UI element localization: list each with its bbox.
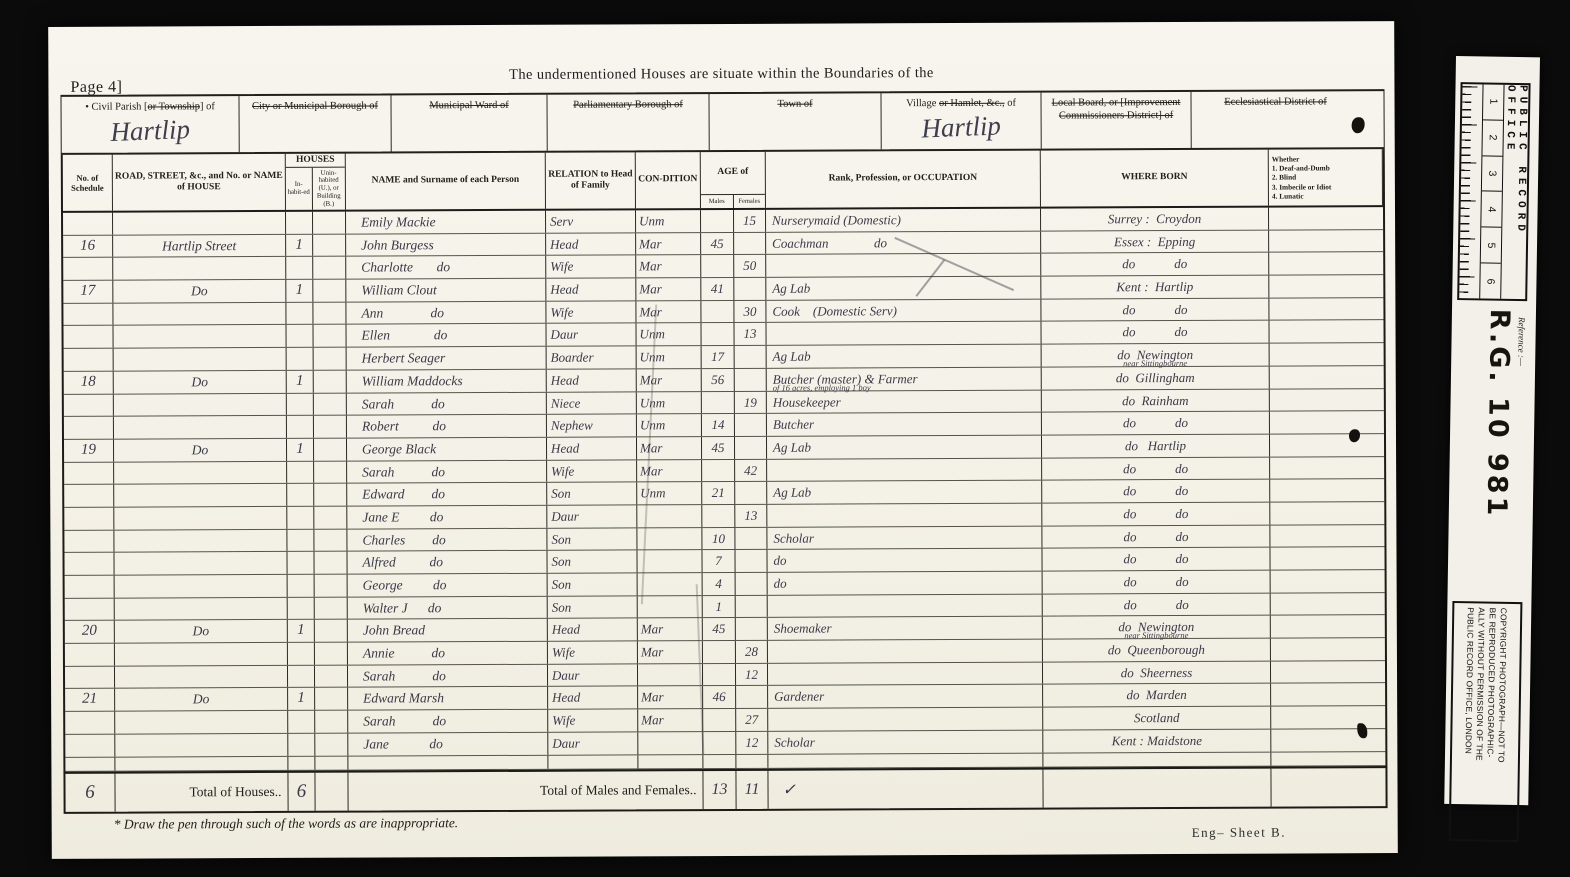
cell-inhabited xyxy=(287,552,314,574)
boundary-field: City or Municipal Borough of xyxy=(239,95,391,152)
cell-born: do Sheerness xyxy=(1043,661,1271,684)
totals-females-cell: 11 xyxy=(736,771,768,809)
cell-relation: Son xyxy=(548,596,638,618)
cell-disability xyxy=(1271,638,1385,660)
total-houses-handwritten-left: 6 xyxy=(65,782,114,804)
cell-name: William Maddocks xyxy=(347,370,547,393)
cell-relation: Son xyxy=(547,528,637,550)
cell-born: do Rainham xyxy=(1042,389,1270,412)
cell-disability xyxy=(1270,479,1384,501)
cell-schedule xyxy=(65,712,115,734)
cell-age_m: 1 xyxy=(703,596,736,618)
houses-group-label: HOUSES xyxy=(286,154,345,169)
cell-age_f xyxy=(736,686,768,708)
cell-schedule: 21 xyxy=(65,689,115,711)
cell-inhabited xyxy=(287,484,314,506)
cell-uninhabited xyxy=(314,529,347,551)
cell-age_m: 41 xyxy=(701,278,734,300)
cell-inhabited xyxy=(288,643,315,665)
totals-inhabited-cell: 6 xyxy=(288,773,315,811)
cell-schedule xyxy=(65,644,115,666)
cell-born: do do xyxy=(1042,548,1270,571)
cell-occupation: do xyxy=(767,549,1042,572)
cell-uninhabited xyxy=(314,348,347,370)
age-group-label: AGE of xyxy=(701,152,765,194)
cell-relation: Son xyxy=(548,573,638,595)
cell-occupation: Ag Lab xyxy=(767,435,1042,458)
cell-relation: Boarder xyxy=(547,347,637,369)
cell-schedule: 16 xyxy=(63,235,113,257)
cell-schedule: 18 xyxy=(64,371,114,393)
cell-relation: Son xyxy=(547,483,637,505)
cell-age_m xyxy=(701,323,734,345)
cell-uninhabited xyxy=(315,711,348,733)
cell-condition xyxy=(638,664,703,686)
cell-road xyxy=(114,552,287,574)
cell-disability xyxy=(1270,389,1384,411)
cell-inhabited xyxy=(286,212,313,234)
cell-relation: Serv xyxy=(546,210,636,232)
cell-disability xyxy=(1271,661,1385,683)
cell-condition: Unm xyxy=(636,324,701,346)
cell-road xyxy=(115,666,288,688)
cell-name: Alfred do xyxy=(347,551,547,574)
ruler-number: 1 xyxy=(1483,84,1504,120)
cell-name: Charles do xyxy=(347,528,547,551)
cell-name: George do xyxy=(348,574,548,597)
boundary-field-label: Local Board, or [Improvement Commissione… xyxy=(1048,96,1185,123)
cell-road xyxy=(115,575,288,597)
cell-inhabited xyxy=(287,529,314,551)
cell-occupation: Ag Lab xyxy=(766,277,1041,300)
cell-occupation xyxy=(768,640,1043,663)
cell-road: Do xyxy=(114,439,287,461)
cell-age_f xyxy=(735,346,767,368)
cell-relation: Head xyxy=(546,233,636,255)
cell-age_f xyxy=(735,414,767,436)
col-header-disability: Whether1. Deaf-and-Dumb2. Blind3. Imbeci… xyxy=(1269,149,1383,205)
cell-road: Do xyxy=(113,280,286,302)
total-houses-value: 6 xyxy=(288,781,314,803)
cell-relation: Wife xyxy=(548,709,638,731)
ruler-number: 4 xyxy=(1481,192,1502,228)
cell-born: Essex : Epping xyxy=(1041,230,1269,253)
total-females-value: 11 xyxy=(736,781,767,799)
public-record-office-label: PUBLIC RECORD OFFICE xyxy=(1501,85,1528,299)
cell-schedule xyxy=(65,666,115,688)
cell-relation: Wife xyxy=(546,256,636,278)
cell-disability xyxy=(1269,207,1383,229)
cell-condition: Unm xyxy=(636,210,701,232)
cell-road xyxy=(114,507,287,529)
cell-born: Kent : Hartlip xyxy=(1041,276,1269,299)
cell-age_m xyxy=(701,301,734,323)
cell-age_m xyxy=(703,732,736,754)
cell-name: Ellen do xyxy=(346,324,546,347)
cell-age_f xyxy=(735,369,767,391)
cell-disability xyxy=(1271,570,1385,592)
cell-uninhabited xyxy=(313,302,346,324)
cell-inhabited: 1 xyxy=(286,280,313,302)
cell-relation: Head xyxy=(547,369,637,391)
cell-age_m: 21 xyxy=(702,482,735,504)
boundary-field: Town of xyxy=(709,93,881,150)
cell-disability xyxy=(1269,230,1383,252)
cell-relation: Head xyxy=(548,687,638,709)
cell-born: do Newingtonnear Sittingbourne xyxy=(1043,616,1271,639)
cell-inhabited xyxy=(288,575,315,597)
cell-age_m: 17 xyxy=(702,346,735,368)
cell-schedule xyxy=(64,417,114,439)
cell-age_m xyxy=(701,210,734,232)
cell-uninhabited xyxy=(315,665,348,687)
record-office-box: 123456 PUBLIC RECORD OFFICE xyxy=(1457,82,1530,301)
cell-disability xyxy=(1271,593,1385,615)
cell-age_f xyxy=(736,618,768,640)
cell-schedule xyxy=(64,530,114,552)
cell-uninhabited xyxy=(313,280,346,302)
cell-relation: Son xyxy=(547,551,637,573)
cell-disability xyxy=(1270,366,1384,388)
cell-name: John Burgess xyxy=(346,233,546,256)
cell-uninhabited xyxy=(315,733,348,755)
cell-age_f: 12 xyxy=(736,664,768,686)
cell-age_f: 19 xyxy=(735,391,767,413)
cell-uninhabited xyxy=(313,257,346,279)
cell-schedule xyxy=(65,598,115,620)
cell-name: William Clout xyxy=(346,279,546,302)
col-header-condition: CON-DITION xyxy=(636,152,701,208)
cell-uninhabited xyxy=(314,507,347,529)
cell-road xyxy=(115,734,288,756)
cell-uninhabited xyxy=(314,461,347,483)
cell-road xyxy=(113,325,286,347)
reference-number: R.G. 10 981 xyxy=(1480,308,1515,588)
totals-disability-cell xyxy=(1271,768,1385,806)
reference-label: Reference :— xyxy=(1513,309,1527,589)
cell-schedule: 17 xyxy=(63,281,113,303)
col-header-houses: HOUSESIn-habit-edUnin-habited (U.), or B… xyxy=(286,154,346,210)
cell-inhabited: 1 xyxy=(288,620,315,642)
cell-relation: Daur xyxy=(548,732,638,754)
cell-uninhabited xyxy=(313,234,346,256)
col-header-road: ROAD, STREET, &c., and No. or NAME of HO… xyxy=(113,154,286,211)
cell-uninhabited xyxy=(315,620,348,642)
col-header-relation: RELATION to Head of Family xyxy=(546,152,636,208)
cell-relation: Daur xyxy=(547,505,637,527)
cell-born: do Newingtonnear Sittingbourne xyxy=(1042,344,1270,367)
cell-born: do do xyxy=(1042,503,1270,526)
cell-age_m: 46 xyxy=(703,686,736,708)
cell-uninhabited xyxy=(314,416,347,438)
cell-disability xyxy=(1269,275,1383,297)
cell-condition: Unm xyxy=(637,392,702,414)
ruler-number: 2 xyxy=(1482,120,1503,156)
cell-road: Do xyxy=(114,371,287,393)
cell-disability xyxy=(1270,434,1384,456)
col-header-age: AGE ofMalesFemales xyxy=(701,152,766,208)
totals-mf-label-cell: Total of Males and Females.. xyxy=(348,771,703,811)
cell-condition: Mar xyxy=(636,255,701,277)
boundary-field: Local Board, or [Improvement Commissione… xyxy=(1041,92,1191,149)
cell-age_f: 15 xyxy=(734,210,766,232)
cell-name: Edward Marsh xyxy=(348,687,548,710)
table-body: Emily MackieServUnm15Nurserymaid (Domest… xyxy=(63,207,1385,771)
census-table: No. of ScheduleROAD, STREET, &c., and No… xyxy=(61,149,1388,772)
cell-occupation: Scholar xyxy=(768,730,1043,753)
cell-disability xyxy=(1271,729,1385,751)
cell-born: do Gillingham xyxy=(1042,366,1270,389)
cell-disability xyxy=(1269,298,1383,320)
cell-relation: Daur xyxy=(548,664,638,686)
col-header-occupation: Rank, Profession, or OCCUPATION xyxy=(766,151,1041,208)
cell-condition xyxy=(637,550,702,572)
cell-schedule xyxy=(64,462,114,484)
cell-schedule: 20 xyxy=(65,621,115,643)
cell-uninhabited xyxy=(315,643,348,665)
cell-inhabited xyxy=(287,393,314,415)
col-header-born: WHERE BORN xyxy=(1041,150,1269,207)
cell-relation: Daur xyxy=(546,324,636,346)
cell-age_f xyxy=(734,232,766,254)
cell-condition: Mar xyxy=(638,687,703,709)
census-row: 20Do1John BreadHeadMar45Shoemakerdo Newi… xyxy=(65,615,1385,643)
cell-schedule xyxy=(63,326,113,348)
cell-name: Walter J do xyxy=(348,596,548,619)
cell-age_f xyxy=(735,550,767,572)
cell-age_m xyxy=(701,255,734,277)
cell-age_f xyxy=(734,278,766,300)
boundary-field: Village or Hamlet, &c., ofHartlip xyxy=(881,93,1041,150)
cell-relation: Head xyxy=(546,278,636,300)
cell-born: Kent : Maidstone xyxy=(1043,729,1271,752)
cell-road xyxy=(113,212,286,234)
cell-schedule xyxy=(64,485,114,507)
cell-born: do Queenborough xyxy=(1043,639,1271,662)
cell-name: Sarah do xyxy=(348,665,548,688)
cell-disability xyxy=(1270,502,1384,524)
cell-occupation xyxy=(767,504,1042,527)
cell-inhabited xyxy=(286,325,313,347)
ink-blot xyxy=(1357,723,1367,738)
cell-age_m: 4 xyxy=(703,573,736,595)
ruler-number: 3 xyxy=(1482,156,1503,192)
cell-age_f xyxy=(735,527,767,549)
cell-occupation: Cook (Domestic Serv) xyxy=(766,299,1041,322)
cell-condition xyxy=(638,596,703,618)
cell-uninhabited xyxy=(314,484,347,506)
cell-schedule xyxy=(63,303,113,325)
cell-condition: Mar xyxy=(638,618,703,640)
cell-age_f: 28 xyxy=(736,641,768,663)
boundary-field-value: Hartlip xyxy=(881,108,1041,148)
cell-occupation xyxy=(766,254,1041,277)
col-header-males: Males xyxy=(701,195,734,208)
cell-schedule xyxy=(65,576,115,598)
cell-schedule xyxy=(63,213,113,235)
cell-condition: Mar xyxy=(638,709,703,731)
cell-age_f xyxy=(736,573,768,595)
cell-born: do do xyxy=(1041,253,1269,276)
cell-schedule xyxy=(63,258,113,280)
boundary-field: Municipal Ward of xyxy=(391,95,547,152)
ruler-number: 5 xyxy=(1481,228,1502,264)
cell-occupation xyxy=(767,458,1042,481)
cell-born: Surrey : Croydon xyxy=(1041,208,1269,231)
cell-disability xyxy=(1269,321,1383,343)
cell-born: do do xyxy=(1042,412,1270,435)
cell-age_m xyxy=(703,709,736,731)
cell-occupation xyxy=(768,594,1043,617)
cell-born: Scotland xyxy=(1043,707,1271,730)
col-header-schedule: No. of Schedule xyxy=(63,155,113,211)
cell-road: Do xyxy=(115,688,288,710)
cell-road xyxy=(115,598,288,620)
cell-inhabited xyxy=(288,666,315,688)
cell-name: Edward do xyxy=(347,483,547,506)
boundary-field-value: Hartlip xyxy=(61,111,239,152)
cell-age_f: 50 xyxy=(734,255,766,277)
archive-reference-strip: 123456 PUBLIC RECORD OFFICE Reference :—… xyxy=(1444,56,1540,805)
cell-disability xyxy=(1270,457,1384,479)
cell-inhabited: 1 xyxy=(287,439,314,461)
cell-name: Annie do xyxy=(348,642,548,665)
cell-born: do do xyxy=(1042,525,1270,548)
cell-inhabited: 1 xyxy=(288,688,315,710)
cell-relation: Wife xyxy=(547,460,637,482)
col-header-females: Females xyxy=(733,195,765,208)
cell-road xyxy=(114,530,287,552)
cell-born: do Marden xyxy=(1043,684,1271,707)
ruler-scale xyxy=(1459,84,1483,298)
total-males-females-label: Total of Males and Females.. xyxy=(348,782,702,800)
census-page-scan: Page 4] The undermentioned Houses are si… xyxy=(48,21,1398,859)
cell-age_f: 30 xyxy=(734,301,766,323)
cell-disability xyxy=(1270,525,1384,547)
cell-inhabited xyxy=(288,711,315,733)
cell-relation: Nephew xyxy=(547,415,637,437)
cell-age_m xyxy=(703,641,736,663)
cell-occupation: Housekeeper xyxy=(767,390,1042,413)
cell-age_m xyxy=(702,460,735,482)
boundary-field: Parliamentary Borough of xyxy=(547,94,709,151)
cell-age_m: 7 xyxy=(702,550,735,572)
cell-condition: Mar xyxy=(638,641,703,663)
cell-disability xyxy=(1270,343,1384,365)
cell-occupation: do xyxy=(768,572,1043,595)
cell-occupation: Scholar xyxy=(767,526,1042,549)
cell-age_f: 12 xyxy=(736,732,768,754)
cell-condition: Mar xyxy=(636,301,701,323)
cell-road xyxy=(114,416,287,438)
boundary-field-label: Municipal Ward of xyxy=(398,99,541,113)
total-of-houses-label: Total of Houses.. xyxy=(115,784,287,801)
totals-born-cell xyxy=(1043,769,1271,808)
cell-disability xyxy=(1271,615,1385,637)
cell-age_m: 14 xyxy=(702,414,735,436)
cell-name: Robert do xyxy=(347,415,547,438)
totals-occupation-cell: ✓ xyxy=(768,770,1043,809)
cell-inhabited xyxy=(287,461,314,483)
cell-age_f: 13 xyxy=(735,505,767,527)
totals-row: 6 Total of Houses.. 6 Total of Males and… xyxy=(63,766,1387,814)
cell-occupation: Nurserymaid (Domestic) xyxy=(766,209,1041,232)
cell-schedule xyxy=(64,508,114,530)
cell-condition: Mar xyxy=(636,278,701,300)
cell-name: John Bread xyxy=(348,619,548,642)
boundary-field: Ecclesiastical District of xyxy=(1191,91,1359,148)
cell-condition xyxy=(638,732,703,754)
cell-condition xyxy=(638,573,703,595)
cell-road xyxy=(113,257,286,279)
cell-age_f xyxy=(735,437,767,459)
table-header-row: No. of ScheduleROAD, STREET, &c., and No… xyxy=(63,149,1383,213)
ruler-number: 6 xyxy=(1480,264,1501,299)
cell-occupation: Ag Lab xyxy=(767,481,1042,504)
form-title: The undermentioned Houses are situate wi… xyxy=(48,63,1394,86)
cell-inhabited xyxy=(287,348,314,370)
cell-age_f: 42 xyxy=(735,459,767,481)
cell-name: Jane E do xyxy=(347,506,547,529)
cell-uninhabited xyxy=(315,597,348,619)
cell-age_f xyxy=(735,482,767,504)
cell-condition: Mar xyxy=(636,233,701,255)
cell-age_m: 10 xyxy=(702,528,735,550)
cell-name: Jane do xyxy=(348,733,548,756)
cell-born: do do xyxy=(1043,593,1271,616)
cell-disability xyxy=(1271,684,1385,706)
cell-inhabited xyxy=(288,597,315,619)
form-footnote: * Draw the pen through such of the words… xyxy=(114,815,459,833)
cell-age_f: 27 xyxy=(736,709,768,731)
cell-name: Sarah do xyxy=(347,460,547,483)
cell-born: do Hartlip xyxy=(1042,434,1270,457)
cell-born: do do xyxy=(1041,298,1269,321)
cell-name: Sarah do xyxy=(347,392,547,415)
cell-schedule xyxy=(64,394,114,416)
cell-disability xyxy=(1270,547,1384,569)
cell-road xyxy=(114,461,287,483)
cell-born: do do xyxy=(1041,321,1269,344)
boundary-fields-band: • Civil Parish [or Township] ofHartlipCi… xyxy=(60,89,1384,155)
cell-disability xyxy=(1269,252,1383,274)
cell-born: do do xyxy=(1042,457,1270,480)
cell-inhabited: 1 xyxy=(287,371,314,393)
copyright-notice: COPYRIGHT PHOTOGRAPH—NOT TOBE REPRODUCED… xyxy=(1449,601,1523,842)
boundary-field-label: Town of xyxy=(716,97,875,111)
reference-section: Reference :— R.G. 10 981 xyxy=(1453,308,1527,589)
cell-occupation: Ag Lab xyxy=(767,345,1042,368)
cell-age_m: 45 xyxy=(703,618,736,640)
boundary-field-label: Parliamentary Borough of xyxy=(554,98,703,112)
cell-condition: Unm xyxy=(637,346,702,368)
cell-road xyxy=(114,348,287,370)
cell-schedule xyxy=(64,349,114,371)
totals-males-cell: 13 xyxy=(703,771,736,809)
cell-uninhabited xyxy=(315,688,348,710)
cell-name: Emily Mackie xyxy=(346,211,546,234)
cell-relation: Head xyxy=(548,619,638,641)
cell-uninhabited xyxy=(313,325,346,347)
cell-disability xyxy=(1270,411,1384,433)
cell-born: do do xyxy=(1043,571,1271,594)
total-males-value: 13 xyxy=(703,781,735,799)
col-header-name: NAME and Surname of each Person xyxy=(346,153,546,210)
cell-relation: Wife xyxy=(546,301,636,323)
sheet-label: Eng– Sheet B. xyxy=(1192,825,1286,841)
boundary-field-label: City or Municipal Borough of xyxy=(246,99,385,113)
cell-age_m: 45 xyxy=(701,233,734,255)
